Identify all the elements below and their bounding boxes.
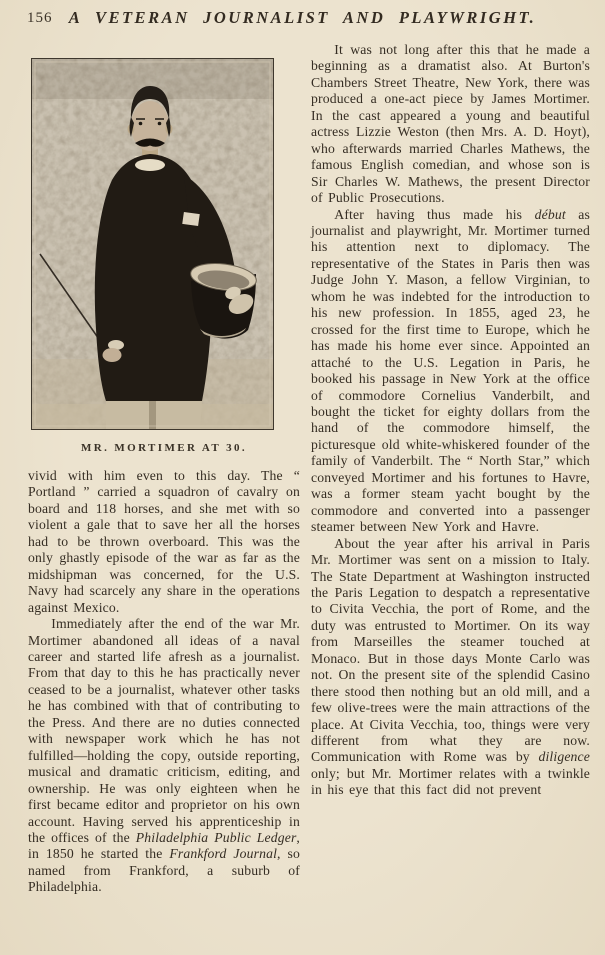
paragraph: About the year after his arrival in Pari… (311, 536, 590, 799)
text-run: After having thus made his (334, 207, 534, 222)
right-column: It was not long after this that he made … (311, 42, 590, 799)
text-run: Immediately after the end of the war Mr.… (28, 616, 300, 845)
text-run: only; but Mr. Mortimer relates with a tw… (311, 766, 590, 797)
text-run: It was not long after this that he made … (311, 42, 590, 205)
paragraph: Immediately after the end of the war Mr.… (28, 616, 300, 896)
left-column-text: vivid with him even to this day. The “ P… (28, 468, 300, 896)
paragraph: After having thus made his début as jour… (311, 207, 590, 536)
italic-run: début (535, 207, 566, 222)
text-run: vivid with him even to this day. The “ P… (28, 468, 300, 615)
italic-run: Philadelphia Public Ledger (136, 830, 297, 845)
mortimer-portrait-image (32, 59, 273, 429)
text-run: About the year after his arrival in Pari… (311, 536, 590, 765)
text-run: as journalist and playwright, Mr. Mortim… (311, 207, 590, 535)
left-column: MR. MORTIMER AT 30. vivid with him even … (28, 42, 300, 896)
header-title: A VETERAN JOURNALIST AND PLAYWRIGHT. (0, 8, 605, 28)
italic-run: Frankford Journal (169, 846, 277, 861)
photo-caption: MR. MORTIMER AT 30. (28, 442, 300, 454)
italic-run: diligence (538, 749, 590, 764)
paragraph: It was not long after this that he made … (311, 42, 590, 207)
paragraph: vivid with him even to this day. The “ P… (28, 468, 300, 616)
portrait-photo-frame (31, 58, 274, 430)
